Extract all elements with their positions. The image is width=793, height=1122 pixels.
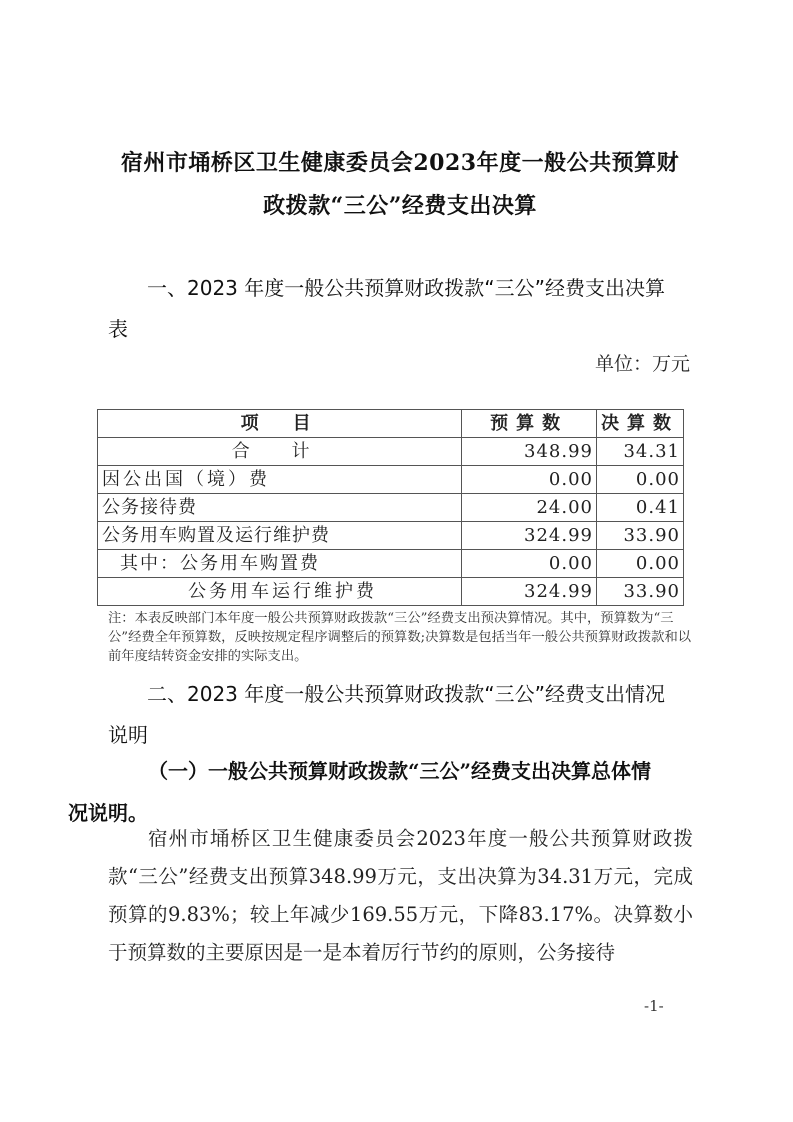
table-row: 公务用车运行维护费 324.99 33.90 — [98, 578, 684, 606]
row-final: 34.31 — [597, 438, 684, 466]
row-budget: 324.99 — [462, 522, 597, 550]
table-row: 因公出国（境）费 0.00 0.00 — [98, 466, 684, 494]
row-item: 公务接待费 — [98, 494, 462, 522]
row-budget: 24.00 — [462, 494, 597, 522]
section2-heading: 二、2023 年度一般公共预算财政拨款“三公”经费支出情况 — [147, 678, 665, 707]
table-row: 公务接待费 24.00 0.41 — [98, 494, 684, 522]
document-title-line2: 政拨款“三公”经费支出决算 — [100, 189, 700, 220]
row-item: 公务用车运行维护费 — [98, 578, 462, 606]
row-item: 公务用车购置及运行维护费 — [98, 522, 462, 550]
table-note: 注：本表反映部门本年度一般公共预算财政拨款“三公”经费支出预决算情况。其中，预算… — [108, 609, 693, 666]
row-final: 0.41 — [597, 494, 684, 522]
subsection1-heading-line1: （一）一般公共预算财政拨款“三公”经费支出决算总体情 — [148, 759, 651, 783]
row-budget: 0.00 — [462, 550, 597, 578]
section1-heading: 一、2023 年度一般公共预算财政拨款“三公”经费支出决算 — [147, 272, 665, 301]
table-row: 公务用车购置及运行维护费 324.99 33.90 — [98, 522, 684, 550]
header-budget: 预算数 — [462, 410, 597, 438]
row-item: 因公出国（境）费 — [98, 466, 462, 494]
unit-label: 单位：万元 — [595, 349, 690, 376]
table-row: 合 计 348.99 34.31 — [98, 438, 684, 466]
page-number: -1- — [644, 997, 664, 1015]
section1-heading-cont: 表 — [108, 313, 128, 342]
three-public-expenses-table: 项 目 预算数 决算数 合 计 348.99 34.31 因公出国（境）费 0.… — [97, 409, 684, 606]
row-budget: 324.99 — [462, 578, 597, 606]
row-budget: 348.99 — [462, 438, 597, 466]
row-final: 0.00 — [597, 466, 684, 494]
summary-paragraph: 宿州市埇桥区卫生健康委员会2023年度一般公共预算财政拨款“三公”经费支出预算3… — [108, 820, 693, 972]
section2-heading-cont: 说明 — [108, 719, 148, 748]
document-title-line1: 宿州市埇桥区卫生健康委员会2023年度一般公共预算财 — [100, 146, 700, 177]
row-final: 33.90 — [597, 522, 684, 550]
header-final: 决算数 — [597, 410, 684, 438]
row-final: 0.00 — [597, 550, 684, 578]
row-final: 33.90 — [597, 578, 684, 606]
row-item: 其中：公务用车购置费 — [98, 550, 462, 578]
row-budget: 0.00 — [462, 466, 597, 494]
header-item: 项 目 — [98, 410, 462, 438]
table-header-row: 项 目 预算数 决算数 — [98, 410, 684, 438]
row-item: 合 计 — [98, 438, 462, 466]
table-row: 其中：公务用车购置费 0.00 0.00 — [98, 550, 684, 578]
